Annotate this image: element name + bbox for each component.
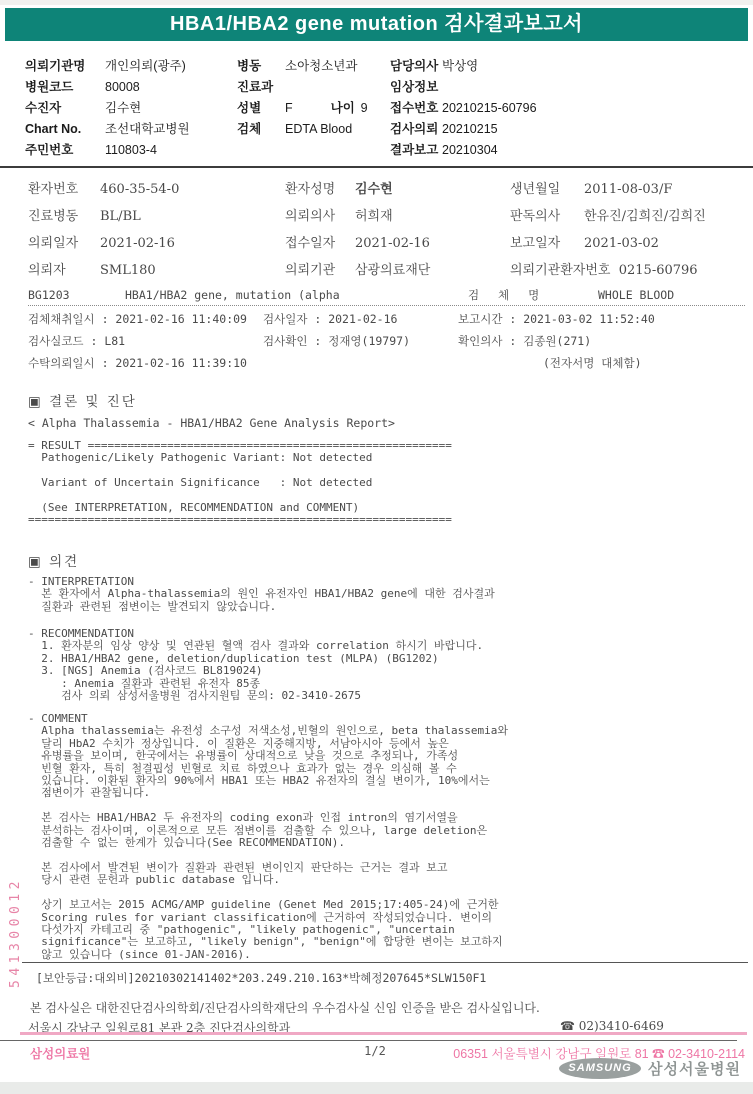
info-row: 진료과 xyxy=(237,77,390,98)
footer-organization: 삼성의료원 xyxy=(30,1044,90,1062)
field: 검사확인 : 정재영(19797) xyxy=(263,330,458,352)
info-row: 의뢰기관명개인의뢰(광주) xyxy=(25,56,237,77)
accreditation-statement: 본 검사실은 대한진단검사의학회/진단검사의학재단의 우수검사실 신임 인증을 … xyxy=(30,999,540,1016)
field-label: 환자성명 xyxy=(285,176,355,203)
info-row: 검사의뢰20210215 xyxy=(390,119,745,140)
dotted-divider xyxy=(28,305,745,306)
comment-block: - COMMENT Alpha thalassemia는 유전성 소구성 저색소… xyxy=(28,713,508,961)
field-label: 담당의사 xyxy=(390,56,442,77)
field-value: F xyxy=(285,101,293,115)
field-value: 2021-03-02 xyxy=(584,236,659,251)
field-label: 성별 xyxy=(237,98,285,119)
page-title: HBA1/HBA2 gene mutation 검사결과보고서 xyxy=(170,13,583,35)
field: 검사일자 : 2021-02-16 xyxy=(263,308,458,330)
field-label: 검사의뢰 xyxy=(390,119,442,140)
test-code: BG1203 xyxy=(28,288,125,303)
square-bullet-icon: ▣ xyxy=(28,554,43,570)
patient-name: 김수현 xyxy=(355,182,393,197)
field-label: 의뢰기관명 xyxy=(25,56,105,77)
field-label: 의뢰일자 xyxy=(28,230,100,257)
field: 확인의사 : 김종원(271) xyxy=(458,330,745,352)
request-info-left-column: 의뢰기관명개인의뢰(광주) 병원코드80008 수진자김수현 Chart No.… xyxy=(25,56,237,161)
samsung-logo-icon: SAMSUNG xyxy=(559,1058,641,1079)
pink-rule xyxy=(20,1032,747,1035)
lab-phone: ☎ 02)3410-6469 xyxy=(560,1019,664,1033)
field-value: 조선대학교병원 xyxy=(105,122,190,136)
field-value: 삼광의료재단 xyxy=(355,263,430,278)
field-value: SML180 xyxy=(100,263,156,278)
field-label: 접수번호 xyxy=(390,98,442,119)
recommendation-block: - RECOMMENDATION 1. 환자분의 임상 양상 및 연관된 혈액 … xyxy=(28,628,483,702)
patient-row: 환자번호460-35-54-0 환자성명김수현 생년월일2011-08-03/F xyxy=(28,176,745,203)
info-row-sex-age: 성별F나이9 xyxy=(237,98,390,119)
opinion-section-heading: ▣ 의견 xyxy=(28,550,79,570)
field: 수탁의뢰일시 : 2021-02-16 11:39:10 xyxy=(28,352,263,374)
field-value: 110803-4 xyxy=(105,143,157,157)
specimen-value: WHOLE BLOOD xyxy=(598,288,745,303)
electronic-signature-note: (전자서명 대체함) xyxy=(458,352,745,374)
field-value: 2011-08-03/F xyxy=(584,182,672,197)
field-value: 20210215 xyxy=(442,122,498,136)
patient-row: 진료병동BL/BL 의뢰의사허희재 판독의사한유진/김희진/김희진 xyxy=(28,203,745,230)
field-label: 진료병동 xyxy=(28,203,100,230)
field-value: 9 xyxy=(361,101,368,115)
field-label: Chart No. xyxy=(25,119,105,140)
field-label: 접수일자 xyxy=(285,230,355,257)
result-block: = RESULT ===============================… xyxy=(28,440,452,527)
field-value: 한유진/김희진/김희진 xyxy=(584,209,706,224)
square-bullet-icon: ▣ xyxy=(28,394,43,410)
hospital-logo-row: SAMSUNG 삼성서울병원 xyxy=(559,1056,741,1080)
patient-row: 의뢰자SML180 의뢰기관삼광의료재단 의뢰기관환자번호 0215-60796 xyxy=(28,257,745,284)
footer-divider xyxy=(22,962,748,963)
field-value: 2021-02-16 xyxy=(355,236,430,251)
scan-edge-bottom xyxy=(0,1082,753,1094)
samsung-logo-text: SAMSUNG xyxy=(568,1062,631,1074)
info-row: 접수번호20210215-60796 xyxy=(390,98,745,119)
info-row: 임상정보 xyxy=(390,77,745,98)
field-label: 검체 xyxy=(237,119,285,140)
vertical-specimen-code: 541300012 xyxy=(8,877,23,988)
field-value: 박상영 xyxy=(442,59,478,73)
field-value: 80008 xyxy=(105,80,140,94)
field-label: 결과보고 xyxy=(390,140,442,161)
field-label: 수진자 xyxy=(25,98,105,119)
lab-report-page: HBA1/HBA2 gene mutation 검사결과보고서 의뢰기관명개인의… xyxy=(0,0,753,1094)
info-row: 병동소아청소년과 xyxy=(237,56,390,77)
field-value: 20210215-60796 xyxy=(442,101,537,115)
field-label: 병원코드 xyxy=(25,77,105,98)
info-row: 결과보고20210304 xyxy=(390,140,745,161)
field: 보고시간 : 2021-03-02 11:52:40 xyxy=(458,308,745,330)
info-row: 주민번호110803-4 xyxy=(25,140,237,161)
field-value: 460-35-54-0 xyxy=(100,182,179,197)
field-label: 병동 xyxy=(237,56,285,77)
section-title: 의견 xyxy=(49,554,79,570)
info-row: 병원코드80008 xyxy=(25,77,237,98)
field-label: 생년월일 xyxy=(510,176,584,203)
info-row: 검체EDTA Blood xyxy=(237,119,390,140)
field-label: 판독의사 xyxy=(510,203,584,230)
field-value: 김수현 xyxy=(105,101,141,115)
field-value: 0215-60796 xyxy=(619,263,698,278)
field-value: 개인의뢰(광주) xyxy=(105,59,186,73)
section-title: 결론 및 진단 xyxy=(49,394,137,410)
info-row: 수진자김수현 xyxy=(25,98,237,119)
field-label: 환자번호 xyxy=(28,176,100,203)
field-value: BL/BL xyxy=(100,209,141,224)
test-detail-row: 수탁의뢰일시 : 2021-02-16 11:39:10 (전자서명 대체함) xyxy=(28,352,745,374)
footer-rule xyxy=(0,1040,737,1041)
field-label: 보고일자 xyxy=(510,230,584,257)
info-row: 담당의사박상영 xyxy=(390,56,745,77)
security-classification-line: [보안등급:대외비]20210302141402*203.249.210.163… xyxy=(36,970,486,986)
field-label: 나이 xyxy=(331,98,361,119)
field-label: 진료과 xyxy=(237,77,285,98)
field: 검체채취일시 : 2021-02-16 11:40:09 xyxy=(28,308,263,330)
hospital-name: 삼성서울병원 xyxy=(648,1058,741,1079)
field-label: 의뢰기관환자번호 xyxy=(510,257,610,284)
scan-edge-top xyxy=(0,0,753,5)
field: 검사실코드 : L81 xyxy=(28,330,263,352)
test-header-row: BG1203 HBA1/HBA2 gene, mutation (alpha 검… xyxy=(28,288,745,303)
field-value: 20210304 xyxy=(442,143,498,157)
field-value: 허희재 xyxy=(355,209,393,224)
patient-info-section: 환자번호460-35-54-0 환자성명김수현 생년월일2011-08-03/F… xyxy=(28,176,745,284)
test-name: HBA1/HBA2 gene, mutation (alpha xyxy=(125,288,468,303)
info-row: Chart No.조선대학교병원 xyxy=(25,119,237,140)
section-divider xyxy=(0,166,753,168)
test-detail-row: 검체채취일시 : 2021-02-16 11:40:09 검사일자 : 2021… xyxy=(28,308,745,330)
request-info-middle-column: 병동소아청소년과 진료과 성별F나이9 검체EDTA Blood xyxy=(237,56,390,140)
interpretation-block: - INTERPRETATION 본 환자에서 Alpha-thalassemi… xyxy=(28,576,495,613)
page-number: 1/2 xyxy=(345,1044,405,1058)
request-info-right-column: 담당의사박상영 임상정보 접수번호20210215-60796 검사의뢰2021… xyxy=(390,56,745,161)
test-detail-row: 검사실코드 : L81 검사확인 : 정재영(19797) 확인의사 : 김종원… xyxy=(28,330,745,352)
field-label: 임상정보 xyxy=(390,77,442,98)
field-label: 의뢰기관 xyxy=(285,257,355,284)
field-value: 2021-02-16 xyxy=(100,236,175,251)
field-label: 의뢰자 xyxy=(28,257,100,284)
conclusion-section-heading: ▣ 결론 및 진단 xyxy=(28,390,137,410)
field xyxy=(263,352,458,374)
report-title-banner: HBA1/HBA2 gene mutation 검사결과보고서 xyxy=(5,8,748,41)
test-info-section: BG1203 HBA1/HBA2 gene, mutation (alpha 검… xyxy=(28,288,745,374)
field-label: 주민번호 xyxy=(25,140,105,161)
report-subtitle: < Alpha Thalassemia - HBA1/HBA2 Gene Ana… xyxy=(28,416,395,430)
patient-row: 의뢰일자2021-02-16 접수일자2021-02-16 보고일자2021-0… xyxy=(28,230,745,257)
field-value: 소아청소년과 xyxy=(285,59,357,73)
field-label: 의뢰의사 xyxy=(285,203,355,230)
field-value: EDTA Blood xyxy=(285,122,352,136)
specimen-label: 검 체 명 xyxy=(468,288,598,303)
